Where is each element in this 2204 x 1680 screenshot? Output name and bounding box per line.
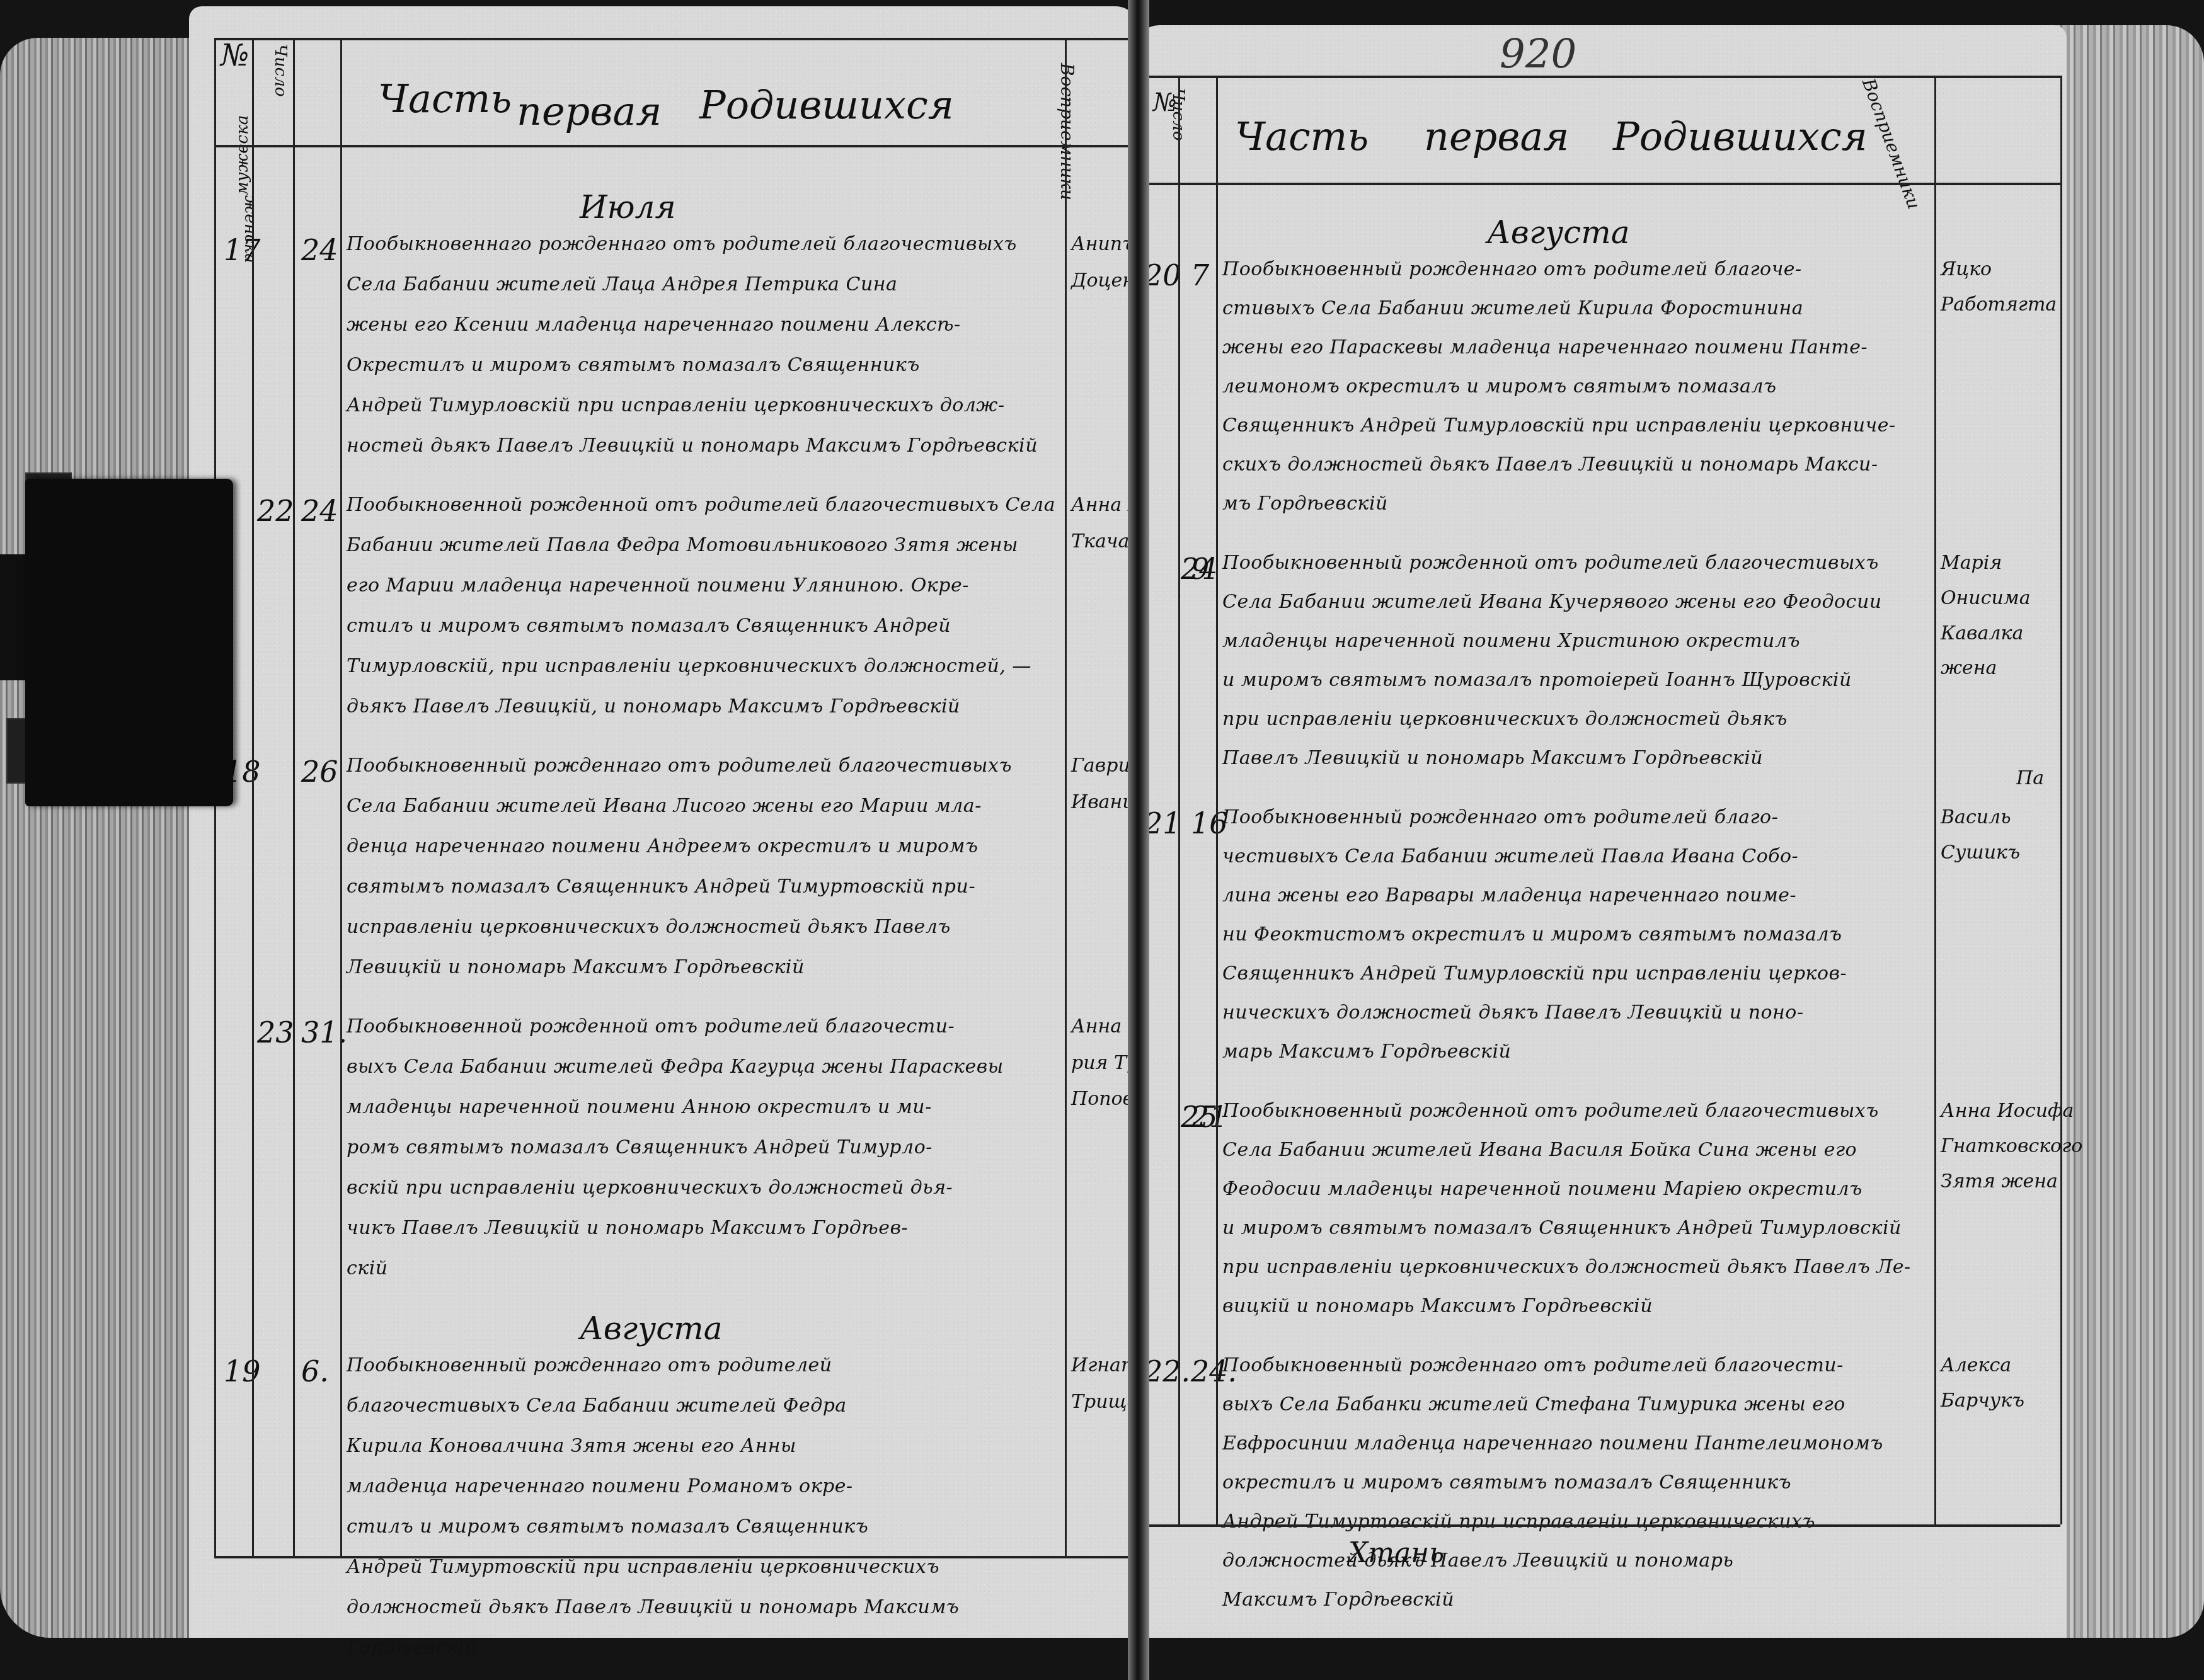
entry-text-line: святымъ помазалъ Священникъ Андрей Тимур… [347, 876, 975, 898]
entry-text-line: Пообыкновеннаго рожденнаго отъ родителей… [347, 233, 1017, 255]
book-gutter [1128, 0, 1149, 1680]
godparents-column-header: Восприемники [1858, 76, 1925, 212]
entry-text-line: мъ Гордѣевскій [1222, 493, 1388, 515]
entry-text-line: леимономъ окрестилъ и мирoмъ святымъ пом… [1222, 375, 1777, 397]
entry-male-number: 17 [224, 233, 261, 267]
entry-text-line: Павелъ Левицкій и пономарь Максимъ Гордѣ… [1222, 747, 1763, 769]
entry-text-line: стилъ и мирoмъ святымъ помазалъ Священни… [347, 615, 951, 637]
section-title-word-3: Родившихся [699, 82, 954, 128]
table-rule [214, 38, 1134, 40]
entry-text-line: Евфросинии младенца нареченнаго поимени … [1222, 1432, 1883, 1454]
godparent-name: Онисима [1941, 587, 2031, 609]
entry-text-line: денца нареченнаго поимени Андреемъ окрес… [347, 835, 978, 857]
entry-text-line: Тимурловскій, при исправленіи церковниче… [347, 655, 1031, 677]
godparents-column-header: Восприемники [1057, 63, 1077, 200]
godparent-name: Зятя жена [1941, 1170, 2058, 1192]
entry-text-line: Села Бабании жителей Ивана Кучерявого же… [1222, 591, 1882, 613]
number-column-header: № [221, 38, 249, 73]
entry-text-line: и мирoмъ святымъ помазалъ Священникъ Анд… [1222, 1217, 1902, 1239]
entry-text-line: скихъ должностей дьякъ Павелъ Левицкій и… [1222, 454, 1878, 476]
entry-text-line: Пообыкновенный рожденнаго отъ родителей [347, 1354, 832, 1376]
table-rule [214, 1556, 1134, 1558]
entry-text-line: младенцы нареченной поимени Христиною ок… [1222, 630, 1800, 652]
entry-text-line: стилъ и мирoмъ святымъ помазалъ Священни… [347, 1516, 868, 1538]
section-title-word-3: Родившихся [1613, 113, 1868, 159]
entry-text-line: жены его Ксении младенца нареченнаго пои… [347, 314, 961, 336]
footer-signature: Хтань [1348, 1537, 1444, 1569]
entry-text-line: Священникъ Андрей Тимурловскій при испра… [1222, 414, 1896, 437]
entry-text-line: Пообыкновенной рожденной отъ родителей б… [347, 1015, 955, 1037]
table-rule [1140, 183, 2060, 185]
entry-text-line: Пообыкновенный рожденной отъ родителей б… [1222, 552, 1879, 574]
entry-text-line: вицкій и пономарь Максимъ Гордѣевскій [1222, 1295, 1653, 1317]
table-rule [340, 38, 342, 1556]
section-title-word-1: Часть [378, 76, 512, 122]
entry-text-line: Села Бабании жителей Ивана Василя Бойка … [1222, 1139, 1857, 1161]
section-title-word-1: Часть [1235, 113, 1369, 159]
entry-text-line: скій [347, 1257, 388, 1279]
entry-text-line: благочестивыхъ Села Бабании жителей Федр… [347, 1395, 847, 1417]
entry-text-line: марь Максимъ Гордѣевскій [1222, 1041, 1511, 1063]
entry-day: 24 [301, 233, 338, 267]
entry-text-line: исправленіи церковническихъ должностей д… [347, 916, 951, 938]
entry-text-line: чикъ Павелъ Левицкій и пономарь Максимъ … [347, 1217, 908, 1239]
entry-text-line: вскій при исправленіи церковническихъ до… [347, 1177, 953, 1199]
entry-day: 24 [301, 494, 338, 528]
entry-text-line: должностей дьякъ Павелъ Левицкій и поном… [1222, 1550, 1733, 1572]
table-rule [214, 145, 1134, 147]
entry-text-line: Бабании жителей Павла Федра Мотовильнико… [347, 534, 1018, 556]
clip-body [25, 479, 233, 806]
month-heading: Августа [580, 1310, 722, 1347]
right-page: 920 № Число Часть первая Родившихся Восп… [1134, 25, 2067, 1638]
godparent-name: Василь [1941, 806, 2011, 828]
godparent-name: Работягта [1941, 294, 2057, 316]
entry-text-line: выхъ Села Бабанки жителей Стефана Тимури… [1222, 1393, 1845, 1415]
godparent-name: Алекса [1941, 1354, 2011, 1376]
entry-text-line: Андрей Тимуртовскій при исправленіи церк… [1222, 1511, 1815, 1533]
entry-text-line: ромъ святымъ помазалъ Священникъ Андрей … [347, 1136, 933, 1158]
entry-text-line: Пообыкновенный рожденнаго отъ родителей … [1222, 806, 1778, 828]
entry-text-line: Пообыкновенный рожденнаго отъ родителей … [1222, 1354, 1844, 1376]
entry-text-line: ностей дьякъ Павелъ Левицкій и пономарь … [347, 435, 1038, 457]
table-rule [1065, 38, 1067, 1556]
table-rule [1140, 1524, 2060, 1527]
table-rule [2060, 76, 2062, 1524]
entry-male-number: 21 [1144, 806, 1181, 840]
entry-text-line: Пообыкновенный рожденной отъ родителей б… [1222, 1100, 1879, 1122]
entry-text-line: его Марии младенца нареченной поимени Ул… [347, 574, 969, 597]
godparent-name: Яцко [1941, 258, 1992, 280]
month-heading: Июля [580, 189, 676, 226]
table-rule [293, 38, 295, 1556]
left-page: № мужеска женска Число Часть первая Роди… [189, 6, 1140, 1638]
entry-text-line: Андрей Тимурловскій при исправленіи церк… [347, 394, 1005, 416]
godparent-name: Барчукъ [1941, 1390, 2024, 1412]
entry-text-line: Кирила Коновалчина Зятя жены его Анны [347, 1435, 796, 1457]
entry-text-line: жены его Параскевы младенца нареченнаго … [1222, 336, 1868, 358]
entry-text-line: Окрестилъ и мирoмъ святымъ помазалъ Свящ… [347, 354, 920, 376]
godparent-name: Марія [1941, 552, 2002, 574]
folio-number: 920 [1500, 31, 1576, 78]
margin-note: Па [2016, 767, 2044, 789]
table-rule [1216, 76, 1218, 1524]
entry-text-line: Гордѣевскій [347, 1637, 477, 1659]
entry-text-line: ни Феоктистомъ окрестилъ и мирoмъ святым… [1222, 923, 1842, 946]
binder-clip [0, 460, 233, 813]
entry-female-number: 22 [257, 494, 294, 528]
entry-text-line: стивыхъ Села Бабании жителей Кирила Форо… [1222, 297, 1803, 319]
entry-text-line: Левицкій и пономарь Максимъ Гордѣевскій [347, 956, 805, 978]
godparent-name: Анипъ [1071, 233, 1135, 255]
male-column-header: мужеска [233, 115, 252, 195]
section-title-word-2: первая [517, 88, 662, 134]
entry-text-line: Андрей Тимуртовскій при исправленіи церк… [347, 1556, 939, 1578]
entry-text-line: окрестилъ и мирoмъ святымъ помазалъ Свящ… [1222, 1471, 1791, 1494]
entry-text-line: честивыхъ Села Бабании жителей Павла Ива… [1222, 845, 1798, 867]
month-heading: Августа [1487, 214, 1629, 251]
godparent-name: Сушикъ [1941, 842, 2020, 864]
entry-text-line: лина жены его Варвары младенца нареченна… [1222, 884, 1796, 906]
entry-day: 6. [301, 1354, 329, 1388]
entry-text-line: ническихъ должностей дьякъ Павелъ Левицк… [1222, 1002, 1804, 1024]
entry-female-number: 23 [257, 1015, 294, 1049]
table-rule [1178, 76, 1180, 1524]
entry-text-line: Пообыкновенный рожденнаго отъ родителей … [347, 755, 1012, 777]
godparent-name: Анна Иосифа [1941, 1100, 2074, 1122]
entry-text-line: младенцы нареченной поимени Анною окрест… [347, 1096, 932, 1118]
godparent-name: Кавалка [1941, 622, 2023, 644]
entry-male-number: 22. [1144, 1354, 1190, 1388]
entry-text-line: Села Бабании жителей Лаца Андрея Петрика… [347, 273, 897, 295]
table-rule [1140, 76, 2060, 78]
entry-day: 7 [1191, 258, 1209, 292]
entry-day: 9 [1191, 552, 1209, 586]
entry-male-number: 19 [224, 1354, 261, 1388]
godparent-name: жена [1941, 657, 1997, 679]
entry-text-line: выхъ Села Бабании жителей Федра Кагурца … [347, 1056, 1004, 1078]
day-column-header: Число [271, 44, 290, 97]
entry-text-line: дьякъ Павелъ Левицкій, и пономарь Максим… [347, 695, 960, 717]
entry-text-line: при исправленіи церковническихъ должност… [1222, 1256, 1911, 1278]
entry-text-line: Села Бабании жителей Ивана Лисого жены е… [347, 795, 982, 817]
table-rule [1934, 76, 1936, 1524]
entry-day: 26 [301, 755, 338, 789]
entry-text-line: и мирoмъ святымъ помазалъ протоіерей Іоа… [1222, 669, 1852, 691]
table-rule [252, 38, 254, 1556]
entry-text-line: младенца нареченнаго поимени Романомъ ок… [347, 1475, 853, 1497]
entry-text-line: должностей дьякъ Павелъ Левицкій и поном… [347, 1596, 959, 1618]
entry-text-line: Пообыкновенной рожденной отъ родителей б… [347, 494, 1055, 516]
entry-text-line: Священникъ Андрей Тимурловскій при испра… [1222, 963, 1847, 985]
entry-text-line: Феодосии младенцы нареченной поимени Мар… [1222, 1178, 1862, 1200]
entry-text-line: Максимъ Гордѣевскій [1222, 1589, 1454, 1611]
entry-male-number: 20 [1144, 258, 1181, 292]
entry-text-line: Пообыкновенный рожденнаго отъ родителей … [1222, 258, 1802, 280]
entry-text-line: при исправленіи церковническихъ должност… [1222, 708, 1788, 730]
section-title-word-2: первая [1424, 113, 1569, 159]
